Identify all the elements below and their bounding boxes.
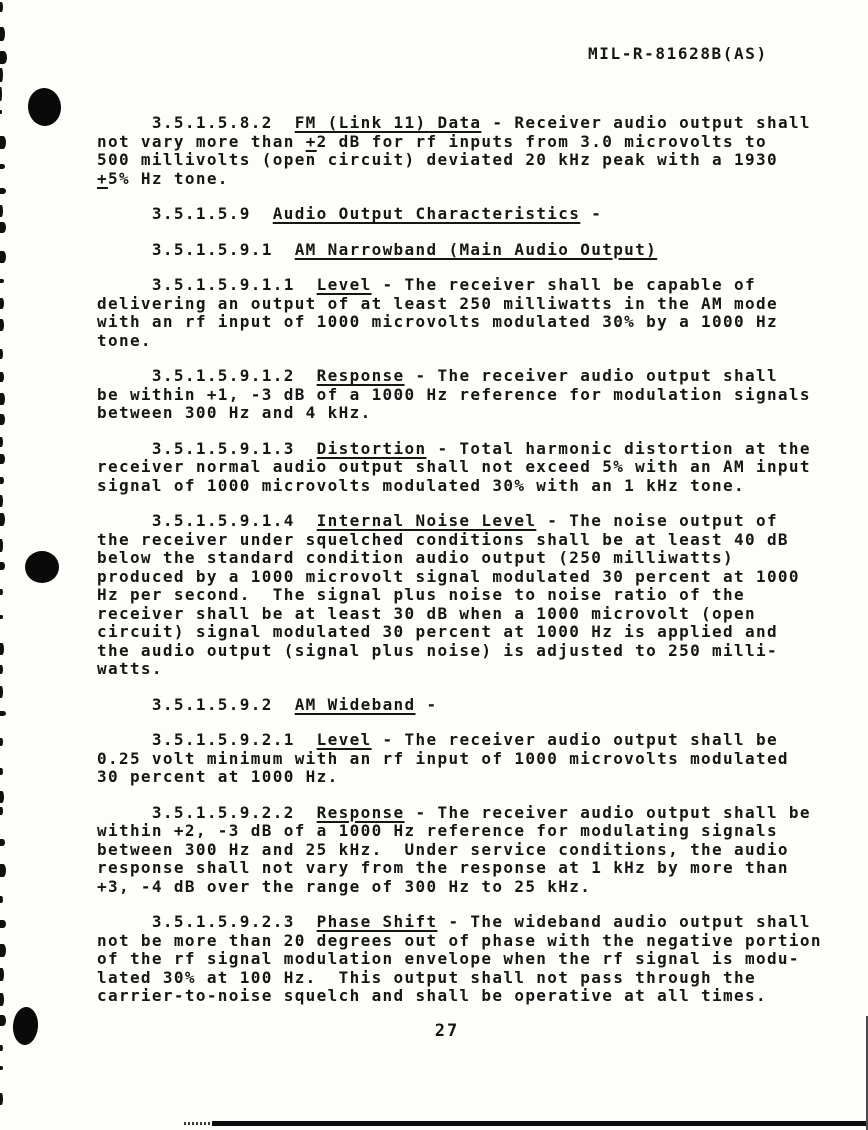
- text-segment: within +2, -3 dB of a 1000 Hz reference …: [97, 821, 778, 840]
- edge-mark: [0, 349, 3, 359]
- underlined-text: AM Wideband: [295, 695, 416, 714]
- edge-mark: [0, 437, 3, 447]
- text-line: +5% Hz tone.: [97, 170, 837, 189]
- text-line: 3.5.1.5.8.2 FM (Link 11) Data - Receiver…: [97, 114, 837, 133]
- text-segment: 3.5.1.5.9.2.1: [97, 730, 317, 749]
- underlined-text: Audio Output Characteristics: [273, 204, 581, 223]
- edge-mark: [0, 944, 6, 957]
- text-line: 3.5.1.5.9.1.4 Internal Noise Level - The…: [97, 512, 837, 531]
- edge-mark: [0, 319, 4, 331]
- paragraph-3.5.1.5.9.1.2: 3.5.1.5.9.1.2 Response - The receiver au…: [97, 367, 837, 423]
- edge-mark: [0, 864, 6, 877]
- text-line: 3.5.1.5.9.1 AM Narrowband (Main Audio Ou…: [97, 241, 837, 260]
- edge-mark: [0, 454, 5, 464]
- text-segment: response shall not vary from the respons…: [97, 858, 789, 877]
- text-line: receiver normal audio output shall not e…: [97, 458, 837, 477]
- text-segment: 0.25 volt minimum with an rf input of 10…: [97, 749, 789, 768]
- paragraph-3.5.1.5.9.2.1: 3.5.1.5.9.2.1 Level - The receiver audio…: [97, 731, 837, 787]
- text-segment: be within +1, -3 dB of a 1000 Hz referen…: [97, 385, 811, 404]
- underlined-text: FM (Link 11) Data: [295, 113, 482, 132]
- text-line: 3.5.1.5.9.1.2 Response - The receiver au…: [97, 367, 837, 386]
- edge-mark: [0, 615, 3, 619]
- paragraph-3.5.1.5.9.1: 3.5.1.5.9.1 AM Narrowband (Main Audio Ou…: [97, 241, 837, 260]
- underlined-text: Distortion: [317, 439, 427, 458]
- text-segment: the audio output (signal plus noise) is …: [97, 641, 778, 660]
- edge-mark: [0, 27, 5, 41]
- edge-mark: [0, 110, 2, 114]
- punch-hole-mark-bottom: [12, 1006, 40, 1046]
- edge-mark: [0, 807, 3, 815]
- edge-mark: [0, 896, 3, 903]
- text-line: carrier-to-noise squelch and shall be op…: [97, 987, 837, 1006]
- text-segment: - The receiver audio output shall: [405, 366, 778, 385]
- text-segment: 3.5.1.5.9.2.3: [97, 912, 317, 931]
- underlined-text: +: [306, 132, 317, 151]
- underlined-text: Level: [317, 275, 372, 294]
- text-segment: not vary more than: [97, 132, 306, 151]
- document-id-header: MIL-R-81628B(AS): [588, 44, 768, 63]
- text-line: of the rf signal modulation envelope whe…: [97, 950, 837, 969]
- text-segment: - The receiver audio output shall be: [405, 803, 811, 822]
- text-segment: watts.: [97, 659, 163, 678]
- text-line: 0.25 volt minimum with an rf input of 10…: [97, 750, 837, 769]
- scan-edge-bottom: [212, 1121, 868, 1126]
- text-segment: 3.5.1.5.9: [97, 204, 273, 223]
- text-segment: receiver shall be at least 30 dB when a …: [97, 604, 756, 623]
- text-line: 3.5.1.5.9.2.1 Level - The receiver audio…: [97, 731, 837, 750]
- text-line: 3.5.1.5.9 Audio Output Characteristics -: [97, 205, 837, 224]
- text-line: 3.5.1.5.9.1.3 Distortion - Total harmoni…: [97, 440, 837, 459]
- edge-mark: [0, 1093, 3, 1105]
- edge-mark: [0, 686, 3, 698]
- document-body: 3.5.1.5.8.2 FM (Link 11) Data - Receiver…: [97, 114, 837, 1023]
- paragraph-3.5.1.5.9.1.3: 3.5.1.5.9.1.3 Distortion - Total harmoni…: [97, 440, 837, 496]
- text-segment: 3.5.1.5.9.1: [97, 240, 295, 259]
- text-segment: 30 percent at 1000 Hz.: [97, 767, 339, 786]
- text-line: 3.5.1.5.9.2 AM Wideband -: [97, 696, 837, 715]
- paragraph-3.5.1.5.9.2.3: 3.5.1.5.9.2.3 Phase Shift - The wideband…: [97, 913, 837, 1006]
- text-line: produced by a 1000 microvolt signal modu…: [97, 568, 837, 587]
- edge-mark: [0, 665, 3, 674]
- text-segment: 3.5.1.5.9.1.1: [97, 275, 317, 294]
- text-line: below the standard condition audio outpu…: [97, 549, 837, 568]
- text-segment: - Receiver audio output shall: [481, 113, 810, 132]
- text-segment: between 300 Hz and 25 kHz. Under service…: [97, 840, 789, 859]
- text-line: the audio output (signal plus noise) is …: [97, 642, 837, 661]
- underlined-text: +: [97, 169, 108, 188]
- edge-mark: [0, 164, 5, 169]
- edge-mark: [0, 393, 5, 405]
- edge-mark: [0, 791, 4, 803]
- edge-mark: [0, 495, 3, 507]
- edge-mark: [0, 477, 4, 484]
- text-segment: 500 millivolts (open circuit) deviated 2…: [97, 150, 778, 169]
- punch-hole-mark-top: [26, 86, 63, 127]
- paragraph-3.5.1.5.9.2: 3.5.1.5.9.2 AM Wideband -: [97, 696, 837, 715]
- text-line: lated 30% at 100 Hz. This output shall n…: [97, 969, 837, 988]
- paragraph-3.5.1.5.9.1.4: 3.5.1.5.9.1.4 Internal Noise Level - The…: [97, 512, 837, 679]
- binding-edge-marks: [0, 0, 12, 1130]
- edge-mark: [0, 993, 4, 1006]
- text-segment: 3.5.1.5.9.1.3: [97, 439, 317, 458]
- text-line: +3, -4 dB over the range of 300 Hz to 25…: [97, 878, 837, 897]
- edge-mark: [0, 562, 5, 570]
- text-line: not be more than 20 degrees out of phase…: [97, 932, 837, 951]
- edge-mark: [0, 1015, 6, 1026]
- edge-mark: [0, 968, 4, 981]
- text-line: response shall not vary from the respons…: [97, 859, 837, 878]
- text-line: the receiver under squelched conditions …: [97, 531, 837, 550]
- text-segment: - The receiver shall be capable of: [372, 275, 756, 294]
- text-segment: - The noise output of: [536, 511, 778, 530]
- text-segment: signal of 1000 microvolts modulated 30% …: [97, 476, 745, 495]
- text-line: Hz per second. The signal plus noise to …: [97, 586, 837, 605]
- text-line: tone.: [97, 332, 837, 351]
- text-segment: - The receiver audio output shall be: [372, 730, 778, 749]
- text-segment: -: [580, 204, 602, 223]
- edge-mark: [0, 298, 4, 309]
- scan-edge-bottom-dotted: [184, 1122, 214, 1125]
- text-segment: of the rf signal modulation envelope whe…: [97, 949, 800, 968]
- text-segment: delivering an output of at least 250 mil…: [97, 294, 778, 313]
- page-number: 27: [97, 1021, 797, 1041]
- text-segment: - Total harmonic distortion at the: [426, 439, 810, 458]
- text-segment: lated 30% at 100 Hz. This output shall n…: [97, 968, 756, 987]
- edge-mark: [0, 87, 2, 101]
- edge-mark: [0, 251, 6, 263]
- text-segment: between 300 Hz and 4 kHz.: [97, 403, 372, 422]
- underlined-text: Level: [317, 730, 372, 749]
- paragraph-3.5.1.5.9.2.2: 3.5.1.5.9.2.2 Response - The receiver au…: [97, 804, 837, 897]
- text-segment: tone.: [97, 331, 152, 350]
- text-line: 30 percent at 1000 Hz.: [97, 768, 837, 787]
- underlined-text: AM Narrowband (Main Audio Output): [295, 240, 657, 259]
- edge-mark: [0, 136, 6, 149]
- text-segment: circuit) signal modulated 30 percent at …: [97, 622, 778, 641]
- edge-mark: [0, 279, 4, 283]
- text-line: circuit) signal modulated 30 percent at …: [97, 623, 837, 642]
- paragraph-3.5.1.5.9: 3.5.1.5.9 Audio Output Characteristics -: [97, 205, 837, 224]
- edge-mark: [0, 51, 7, 64]
- text-line: between 300 Hz and 4 kHz.: [97, 404, 837, 423]
- text-segment: carrier-to-noise squelch and shall be op…: [97, 986, 767, 1005]
- edge-mark: [0, 414, 5, 425]
- text-segment: receiver normal audio output shall not e…: [97, 457, 811, 476]
- text-segment: not be more than 20 degrees out of phase…: [97, 931, 822, 950]
- edge-mark: [0, 188, 6, 194]
- edge-mark: [0, 920, 6, 928]
- text-segment: 3.5.1.5.9.1.4: [97, 511, 317, 530]
- text-segment: the receiver under squelched conditions …: [97, 530, 789, 549]
- paragraph-3.5.1.5.8.2: 3.5.1.5.8.2 FM (Link 11) Data - Receiver…: [97, 114, 837, 188]
- edge-mark: [0, 68, 3, 82]
- punch-hole-mark-middle: [25, 551, 59, 583]
- text-line: within +2, -3 dB of a 1000 Hz reference …: [97, 822, 837, 841]
- text-segment: 3.5.1.5.8.2: [97, 113, 295, 132]
- edge-mark: [0, 643, 4, 655]
- edge-mark: [0, 539, 3, 552]
- text-line: be within +1, -3 dB of a 1000 Hz referen…: [97, 386, 837, 405]
- underlined-text: Phase Shift: [317, 912, 438, 931]
- underlined-text: Response: [317, 803, 405, 822]
- text-line: with an rf input of 1000 microvolts modu…: [97, 313, 837, 332]
- edge-mark: [0, 205, 3, 217]
- edge-mark: [0, 839, 5, 846]
- text-segment: produced by a 1000 microvolt signal modu…: [97, 567, 800, 586]
- text-line: between 300 Hz and 25 kHz. Under service…: [97, 841, 837, 860]
- text-segment: 3.5.1.5.9.1.2: [97, 366, 317, 385]
- text-segment: 5% Hz tone.: [108, 169, 229, 188]
- edge-mark: [0, 1066, 3, 1070]
- text-line: watts.: [97, 660, 837, 679]
- edge-mark: [0, 372, 4, 382]
- text-line: signal of 1000 microvolts modulated 30% …: [97, 477, 837, 496]
- edge-mark: [0, 738, 3, 746]
- underlined-text: Response: [317, 366, 405, 385]
- text-segment: Hz per second. The signal plus noise to …: [97, 585, 745, 604]
- text-line: 3.5.1.5.9.2.3 Phase Shift - The wideband…: [97, 913, 837, 932]
- text-segment: +3, -4 dB over the range of 300 Hz to 25…: [97, 877, 591, 896]
- edge-mark: [0, 589, 3, 595]
- text-segment: 3.5.1.5.9.2: [97, 695, 295, 714]
- paragraph-3.5.1.5.9.1.1: 3.5.1.5.9.1.1 Level - The receiver shall…: [97, 276, 837, 350]
- edge-mark: [0, 768, 3, 775]
- text-line: not vary more than +2 dB for rf inputs f…: [97, 133, 837, 152]
- text-line: delivering an output of at least 250 mil…: [97, 295, 837, 314]
- text-segment: with an rf input of 1000 microvolts modu…: [97, 312, 778, 331]
- text-segment: - The wideband audio output shall: [437, 912, 810, 931]
- document-page: MIL-R-81628B(AS) 3.5.1.5.8.2 FM (Link 11…: [0, 0, 868, 1130]
- text-line: 3.5.1.5.9.1.1 Level - The receiver shall…: [97, 276, 837, 295]
- text-segment: 3.5.1.5.9.2.2: [97, 803, 317, 822]
- text-line: 500 millivolts (open circuit) deviated 2…: [97, 151, 837, 170]
- edge-mark: [0, 513, 5, 526]
- text-segment: 2 dB for rf inputs from 3.0 microvolts t…: [317, 132, 767, 151]
- edge-mark: [0, 1045, 3, 1051]
- text-segment: below the standard condition audio outpu…: [97, 548, 734, 567]
- edge-mark: [0, 711, 6, 716]
- edge-mark: [0, 222, 6, 233]
- text-segment: -: [416, 695, 438, 714]
- underlined-text: Internal Noise Level: [317, 511, 537, 530]
- text-line: receiver shall be at least 30 dB when a …: [97, 605, 837, 624]
- edge-mark: [0, 2, 3, 12]
- text-line: 3.5.1.5.9.2.2 Response - The receiver au…: [97, 804, 837, 823]
